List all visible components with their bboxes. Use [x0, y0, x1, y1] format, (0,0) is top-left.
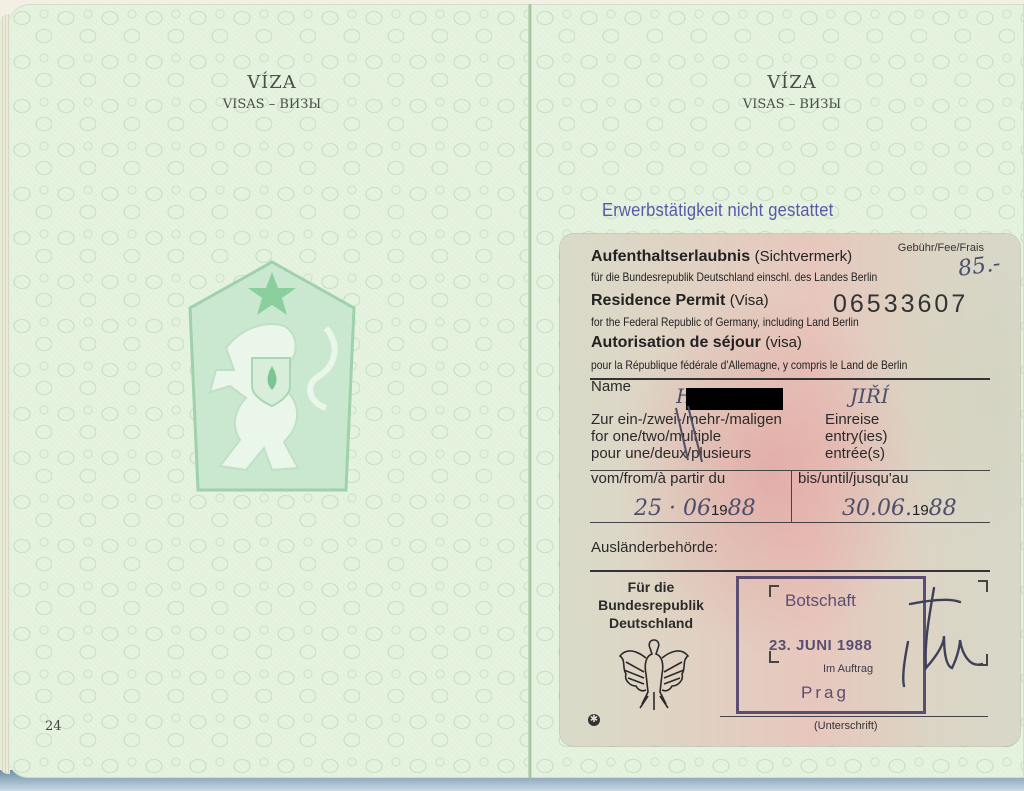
entries-german-suffix: Einreise	[825, 411, 879, 428]
divider	[590, 378, 990, 380]
subtitle-english: for the Federal Republic of Germany, inc…	[591, 315, 859, 329]
valid-until-label: bis/until/jusqu'au	[798, 470, 908, 487]
title-english: Residence Permit	[591, 292, 725, 309]
title-german-row: Aufenthaltserlaubnis (Sichtvermerk)	[591, 248, 852, 266]
valid-from-century: 19	[711, 502, 728, 519]
page-number: 24	[45, 719, 62, 734]
valid-from-date: 25 · 061988	[634, 496, 756, 521]
valid-until-daymonth: 30.06.	[842, 496, 912, 521]
valid-until-century: 19	[912, 502, 929, 519]
entries-english-suffix: entry(ies)	[825, 428, 888, 445]
valid-until-year: 88	[929, 496, 957, 521]
subtitle-german: für die Bundesrepublik Deutschland einsc…	[591, 270, 877, 284]
given-name: JIŘÍ	[850, 384, 889, 408]
subtitle-french: pour la République fédérale d'Allemagne,…	[591, 358, 907, 372]
authority-label: Ausländerbehörde:	[591, 539, 718, 556]
title-german-paren: (Sichtvermerk)	[755, 248, 853, 265]
left-page-heading: VÍZA VISAS – ВИЗЫ	[172, 72, 372, 112]
issuer-line-2: Bundesrepublik	[586, 596, 716, 614]
right-page-heading: VÍZA VISAS – ВИЗЫ	[692, 72, 892, 112]
name-label: Name	[591, 378, 631, 395]
signature-line	[720, 716, 988, 717]
right-heading-subtitle: VISAS – ВИЗЫ	[692, 97, 892, 112]
federal-eagle-icon	[616, 634, 692, 712]
fee-value: 85.-	[956, 251, 1001, 282]
security-asterisk-icon: ✱	[588, 714, 600, 726]
column-divider	[791, 470, 792, 522]
stamp-bracket	[769, 585, 779, 597]
title-german: Aufenthaltserlaubnis	[591, 248, 750, 265]
work-restriction-stamp: Erwerbstätigkeit nicht gestattet	[602, 200, 833, 221]
issuer-line-3: Deutschland	[586, 614, 716, 632]
left-heading-subtitle: VISAS – ВИЗЫ	[172, 97, 372, 112]
divider	[590, 522, 990, 523]
stamp-embassy-name: Botschaft	[785, 591, 856, 611]
visa-sticker: Gebühr/Fee/Frais 85.- Aufenthaltserlaubn…	[560, 234, 1020, 746]
valid-from-label: vom/from/à partir du	[591, 470, 725, 487]
fee-label: Gebühr/Fee/Frais	[898, 242, 984, 254]
stamp-date: 23. JUNI 1988	[769, 637, 872, 654]
divider	[590, 570, 990, 572]
title-french: Autorisation de séjour	[591, 334, 761, 351]
stamp-city: Prag	[801, 683, 849, 703]
entries-strikethrough-mark	[672, 404, 712, 464]
coat-of-arms-watermark-icon	[186, 258, 358, 494]
stamp-authority: Im Auftrag	[823, 663, 873, 675]
valid-from-daymonth: 25 · 06	[634, 496, 711, 521]
embassy-stamp: Botschaft 23. JUNI 1988 Im Auftrag Prag	[736, 576, 926, 714]
title-french-row: Autorisation de séjour (visa)	[591, 334, 802, 352]
valid-from-year: 88	[728, 496, 756, 521]
title-french-paren: (visa)	[765, 334, 802, 351]
signature-label: (Unterschrift)	[814, 720, 878, 732]
handwritten-signature	[900, 582, 1000, 692]
issuer-block: Für die Bundesrepublik Deutschland	[586, 578, 716, 632]
title-english-row: Residence Permit (Visa)	[591, 292, 769, 310]
issuer-line-1: Für die	[586, 578, 716, 596]
valid-until-date: 30.06.1988	[842, 496, 957, 521]
entries-french-suffix: entrée(s)	[825, 445, 885, 462]
right-heading-title: VÍZA	[692, 72, 892, 93]
title-english-paren: (Visa)	[730, 292, 769, 309]
left-heading-title: VÍZA	[172, 72, 372, 93]
